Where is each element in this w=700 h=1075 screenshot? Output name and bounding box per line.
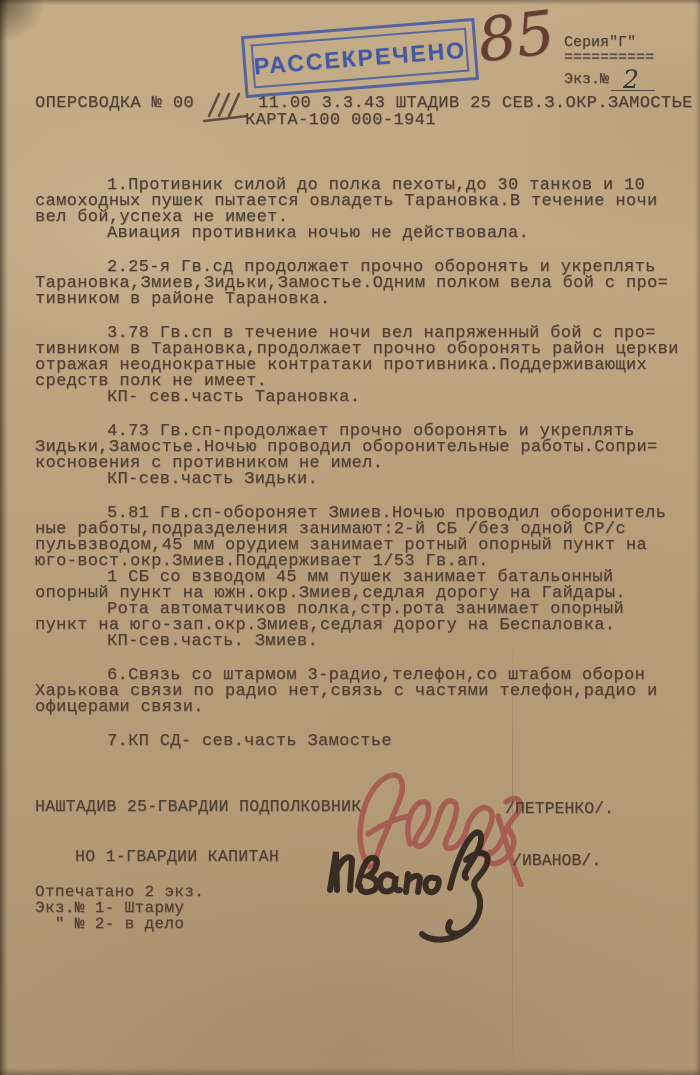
paragraph-7: 7.КП СД- сев.часть Замостье (35, 734, 695, 750)
declassified-stamp-border: РАССЕКРЕЧЕНО (251, 28, 470, 89)
paragraph-3: 3.78 Гв.сп в течение ночи вел напряженны… (35, 326, 695, 406)
body-line: офицерами связи. (35, 700, 695, 716)
signature-name-2: /ИВАНОВ/. (512, 851, 601, 870)
signature-name-1: /ПЕТРЕНКО/. (505, 799, 614, 818)
footer-line: " № 2- в дело (35, 916, 204, 932)
report-body: 1.Противник силой до полка пехоты,до 30 … (35, 178, 695, 750)
paragraph-6: 6.Связь со штармом 3-радио,телефон,со шт… (35, 668, 695, 716)
body-line: КП- сев.часть Тарановка. (35, 390, 695, 406)
ivanov-signature-black-ink (322, 800, 517, 945)
body-line: 7.КП СД- сев.часть Замостье (35, 734, 695, 750)
footer-line: Отпечатано 2 экз. (35, 884, 204, 900)
body-line: тивником в районе Тарановка. (35, 292, 695, 308)
report-number-prefix: ОПЕРСВОДКА № 00 (35, 94, 194, 113)
series-underline: ========== (564, 50, 655, 65)
distribution-note: Отпечатано 2 экз. Экз.№ 1- Штарму " № 2-… (35, 884, 204, 932)
handwritten-copy-number: 2 (611, 70, 655, 91)
series-block: Серия"Г" ========== Экз.№ 2 (564, 35, 655, 87)
paper-edge-bottom (0, 1068, 700, 1075)
paper-edge-left (0, 0, 8, 1075)
series-label: Серия"Г" (564, 35, 655, 50)
paragraph-5: 5.81 Гв.сп-обороняет Змиев.Ночью проводи… (35, 506, 695, 650)
body-line: КП-сев.часть. Змиев. (35, 634, 695, 650)
signature-position-1: НАШТАДИВ 25-ГВАРДИИ ПОДПОЛКОВНИК (35, 797, 361, 816)
signature-position-2: НО 1-ГВАРДИИ КАПИТАН (75, 847, 279, 866)
copy-number-row: Экз.№ 2 (564, 66, 655, 87)
map-reference: КАРТА-100 000-1941 (245, 111, 436, 130)
paragraph-4: 4.73 Гв.сп-продолжает прочно оборонять и… (35, 424, 695, 488)
body-line: Авиация противника ночью не действовала. (35, 226, 695, 242)
declassified-stamp: РАССЕКРЕЧЕНО (241, 18, 479, 98)
footer-line: Экз.№ 1- Штарму (35, 900, 204, 916)
body-line: КП-сев.часть Зидьки. (35, 472, 695, 488)
handwritten-page-number: 85 (474, 0, 558, 76)
declassified-stamp-text: РАССЕКРЕЧЕНО (253, 36, 467, 80)
copy-label: Экз.№ (564, 72, 609, 87)
paper-edge-right (695, 0, 700, 1075)
paper-edge-top (0, 0, 700, 5)
document-page: РАССЕКРЕЧЕНО 85 Серия"Г" ========== Экз.… (0, 0, 700, 1075)
paragraph-1: 1.Противник силой до полка пехоты,до 30 … (35, 178, 695, 242)
paper-corner-shadow (0, 0, 46, 42)
handwritten-report-number (202, 90, 250, 124)
paragraph-2: 2.25-я Гв.сд продолжает прочно оборонять… (35, 260, 695, 308)
